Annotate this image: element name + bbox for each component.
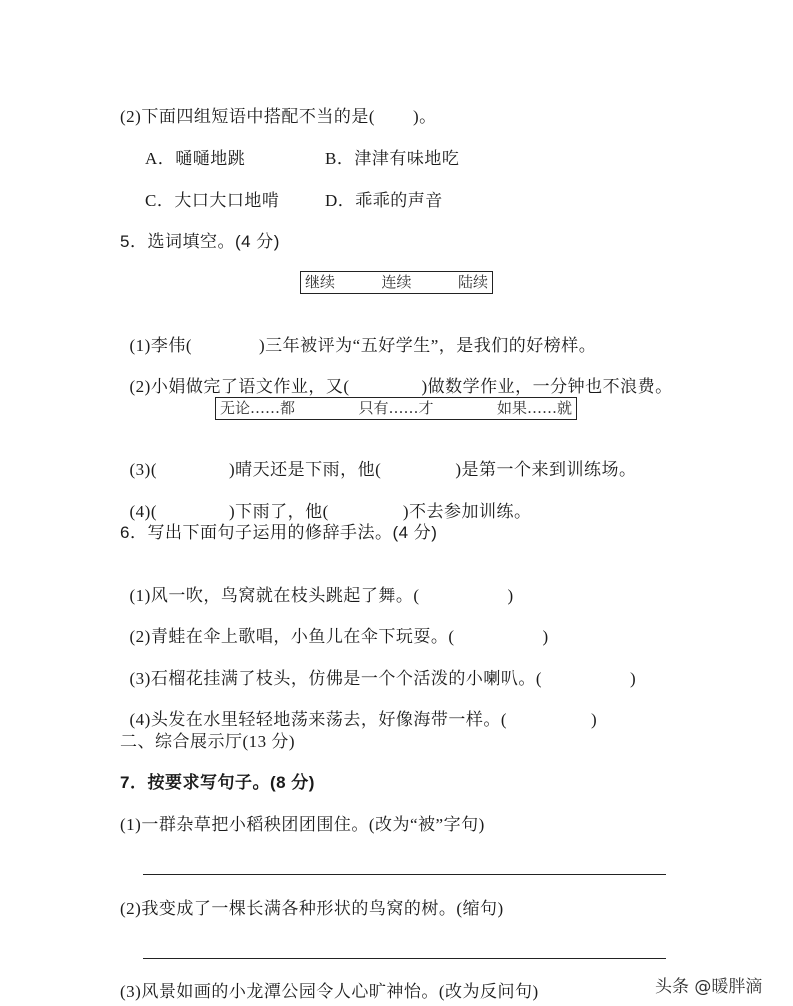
- word-option: 无论……都: [220, 398, 295, 419]
- word-option: 如果……就: [497, 398, 572, 419]
- q5-item-1-pre: (1)李伟(: [130, 336, 192, 355]
- q5-item-2-pre: (2)小娟做完了语文作业，又(: [130, 377, 350, 396]
- q4-2-stem: (2)下面四组短语中搭配不当的是( )。: [120, 107, 437, 127]
- q7-item-3: (3)风景如画的小龙潭公园令人心旷神怡。(改为反问句): [120, 982, 539, 1002]
- q4-2-option-c: C．大口大口地啃: [145, 191, 279, 211]
- q5-item-4-pre: (4)(: [130, 502, 157, 521]
- q6-item-1-text: (1)风一吹，鸟窝就在枝头跳起了舞。(: [130, 586, 420, 605]
- q5-word-box-1: 继续 连续 陆续: [300, 271, 493, 294]
- q5-item-1: (1)李伟()三年被评为“五好学生”，是我们的好榜样。: [120, 316, 596, 356]
- q5-item-4-post: )不去参加训练。: [403, 502, 532, 521]
- q5-item-3: (3)()晴天还是下雨，他()是第一个来到训练场。: [120, 440, 636, 480]
- word-option: 只有……才: [358, 398, 433, 419]
- q5-title: 5．选词填空。(4 分): [120, 232, 280, 252]
- close-paren: ): [542, 627, 548, 646]
- close-paren: ): [507, 586, 513, 605]
- q5-item-2: (2)小娟做完了语文作业，又()做数学作业，一分钟也不浪费。: [120, 357, 673, 397]
- q6-item-1: (1)风一吹，鸟窝就在枝头跳起了舞。(): [120, 566, 514, 606]
- q6-title: 6．写出下面句子运用的修辞手法。(4 分): [120, 523, 437, 543]
- q7-title: 7．按要求写句子。(8 分): [120, 773, 315, 793]
- watermark: 头条 @暖胖滴: [655, 972, 762, 997]
- q6-item-4-text: (4)头发在水里轻轻地荡来荡去，好像海带一样。(: [130, 710, 507, 729]
- q4-2-option-a: A．嗵嗵地跳: [145, 149, 245, 169]
- q5-item-4-mid: )下雨了，他(: [229, 502, 329, 521]
- q6-item-2-text: (2)青蛙在伞上歌唱，小鱼儿在伞下玩耍。(: [130, 627, 455, 646]
- q5-item-1-post: )三年被评为“五好学生”，是我们的好榜样。: [259, 336, 596, 355]
- q5-word-box-2: 无论……都 只有……才 如果……就: [215, 397, 577, 420]
- word-option: 继续: [305, 272, 335, 293]
- q5-item-2-post: )做数学作业，一分钟也不浪费。: [421, 377, 672, 396]
- word-option: 陆续: [458, 272, 488, 293]
- q6-item-3-text: (3)石榴花挂满了枝头，仿佛是一个个活泼的小喇叭。(: [130, 669, 542, 688]
- q6-item-3: (3)石榴花挂满了枝头，仿佛是一个个活泼的小喇叭。(): [120, 649, 636, 689]
- q7-item-2: (2)我变成了一棵长满各种形状的鸟窝的树。(缩句): [120, 899, 504, 919]
- q5-item-4: (4)()下雨了，他()不去参加训练。: [120, 482, 531, 522]
- q7-item-1: (1)一群杂草把小稻秧团团围住。(改为“被”字句): [120, 815, 485, 835]
- q5-item-3-post: )是第一个来到训练场。: [455, 460, 636, 479]
- q4-2-option-b: B．津津有味地吃: [325, 149, 459, 169]
- word-option: 连续: [381, 272, 411, 293]
- q6-item-4: (4)头发在水里轻轻地荡来荡去，好像海带一样。(): [120, 690, 597, 730]
- q4-2-option-d: D．乖乖的声音: [325, 191, 443, 211]
- close-paren: ): [630, 669, 636, 688]
- q5-item-3-pre: (3)(: [130, 460, 157, 479]
- q6-item-2: (2)青蛙在伞上歌唱，小鱼儿在伞下玩耍。(): [120, 607, 549, 647]
- answer-line-2[interactable]: [143, 958, 666, 959]
- section-2-title: 二、综合展示厅(13 分): [120, 732, 295, 752]
- q5-item-3-mid: )晴天还是下雨，他(: [229, 460, 381, 479]
- answer-line-1[interactable]: [143, 874, 666, 875]
- close-paren: ): [591, 710, 597, 729]
